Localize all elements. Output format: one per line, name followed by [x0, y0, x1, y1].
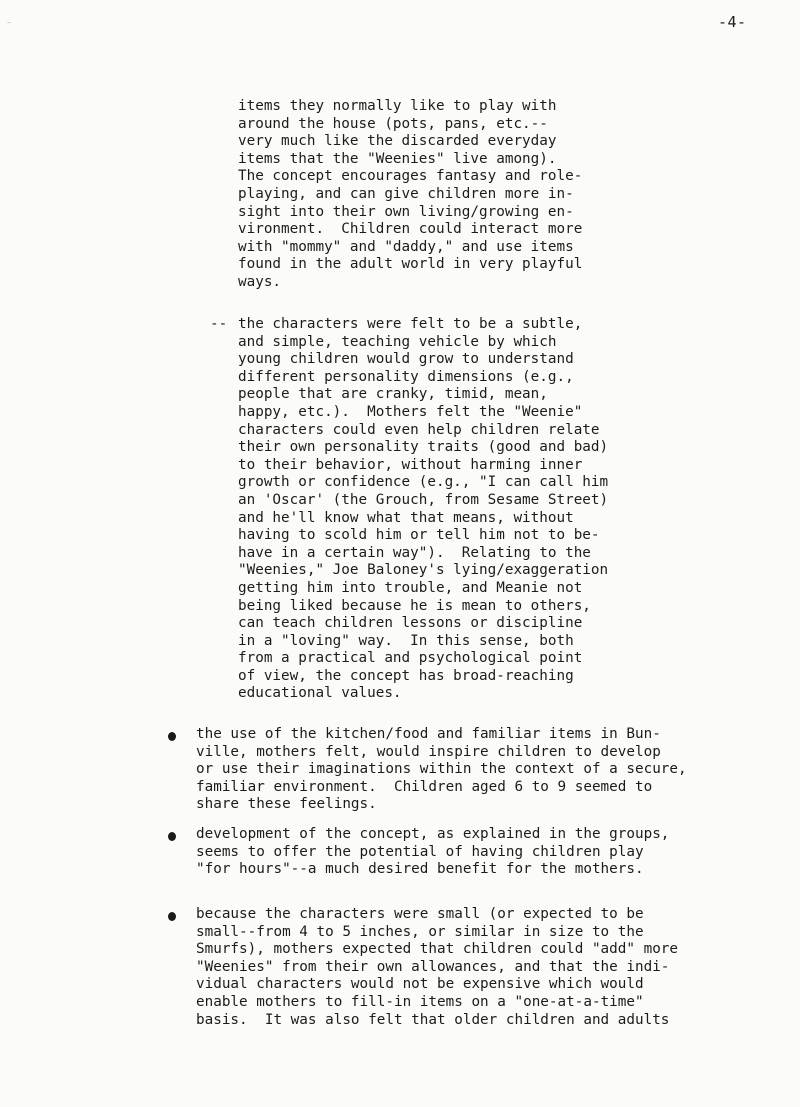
text-line: because the characters were small (or ex…	[196, 906, 678, 924]
text-line: have in a certain way"). Relating to the	[238, 545, 608, 563]
text-line: "for hours"--a much desired benefit for …	[196, 861, 669, 879]
text-line: getting him into trouble, and Meanie not	[238, 580, 608, 598]
text-line: ville, mothers felt, would inspire child…	[196, 744, 687, 762]
text-line: and simple, teaching vehicle by which	[238, 334, 608, 352]
text-line: growth or confidence (e.g., "I can call …	[238, 474, 608, 492]
text-line: enable mothers to fill-in items on a "on…	[196, 994, 678, 1012]
text-line: found in the adult world in very playful	[238, 256, 582, 274]
text-line: items that the "Weenies" live among).	[238, 151, 582, 169]
dash-marker: --	[210, 316, 227, 334]
bullet-dot-icon	[168, 832, 176, 841]
text-line: items they normally like to play with	[238, 98, 582, 116]
text-line: characters could even help children rela…	[238, 422, 608, 440]
bullet-item-text: development of the concept, as explained…	[196, 826, 669, 879]
text-line: happy, etc.). Mothers felt the "Weenie"	[238, 404, 608, 422]
text-line: with "mommy" and "daddy," and use items	[238, 239, 582, 257]
text-line: young children would grow to understand	[238, 351, 608, 369]
text-line: of view, the concept has broad-reaching	[238, 668, 608, 686]
text-line: "Weenies" from their own allowances, and…	[196, 959, 678, 977]
text-line: sight into their own living/growing en-	[238, 204, 582, 222]
text-line: seems to offer the potential of having c…	[196, 844, 669, 862]
bullet-item-text: because the characters were small (or ex…	[196, 906, 678, 1029]
text-line: in a "loving" way. In this sense, both	[238, 633, 608, 651]
text-line: basis. It was also felt that older child…	[196, 1012, 678, 1030]
text-line: vironment. Children could interact more	[238, 221, 582, 239]
text-line: familiar environment. Children aged 6 to…	[196, 779, 687, 797]
text-line: vidual characters would not be expensive…	[196, 976, 678, 994]
text-line: or use their imaginations within the con…	[196, 761, 687, 779]
text-line: to their behavior, without harming inner	[238, 457, 608, 475]
scan-mark: ⁻	[6, 20, 12, 31]
text-line: very much like the discarded everyday	[238, 133, 582, 151]
text-line: around the house (pots, pans, etc.--	[238, 116, 582, 134]
text-line: being liked because he is mean to others…	[238, 598, 608, 616]
text-line: playing, and can give children more in-	[238, 186, 582, 204]
dash-item-text: the characters were felt to be a subtle,…	[238, 316, 608, 703]
text-line: the use of the kitchen/food and familiar…	[196, 726, 687, 744]
text-line: development of the concept, as explained…	[196, 826, 669, 844]
continuation-paragraph: items they normally like to play witharo…	[238, 98, 582, 292]
bullet-dot-icon	[168, 732, 176, 741]
text-line: their own personality traits (good and b…	[238, 439, 608, 457]
text-line: Smurfs), mothers expected that children …	[196, 941, 678, 959]
text-line: educational values.	[238, 685, 608, 703]
text-line: different personality dimensions (e.g.,	[238, 369, 608, 387]
text-line: an 'Oscar' (the Grouch, from Sesame Stre…	[238, 492, 608, 510]
text-line: ways.	[238, 274, 582, 292]
text-line: small--from 4 to 5 inches, or similar in…	[196, 924, 678, 942]
text-line: The concept encourages fantasy and role-	[238, 168, 582, 186]
text-line: and he'll know what that means, without	[238, 510, 608, 528]
page-number: -4-	[718, 13, 747, 31]
text-line: share these feelings.	[196, 796, 687, 814]
text-line: having to scold him or tell him not to b…	[238, 527, 608, 545]
text-line: can teach children lessons or discipline	[238, 615, 608, 633]
bullet-dot-icon	[168, 912, 176, 921]
text-line: "Weenies," Joe Baloney's lying/exaggerat…	[238, 562, 608, 580]
text-line: people that are cranky, timid, mean,	[238, 386, 608, 404]
text-line: from a practical and psychological point	[238, 650, 608, 668]
bullet-item-text: the use of the kitchen/food and familiar…	[196, 726, 687, 814]
text-line: the characters were felt to be a subtle,	[238, 316, 608, 334]
